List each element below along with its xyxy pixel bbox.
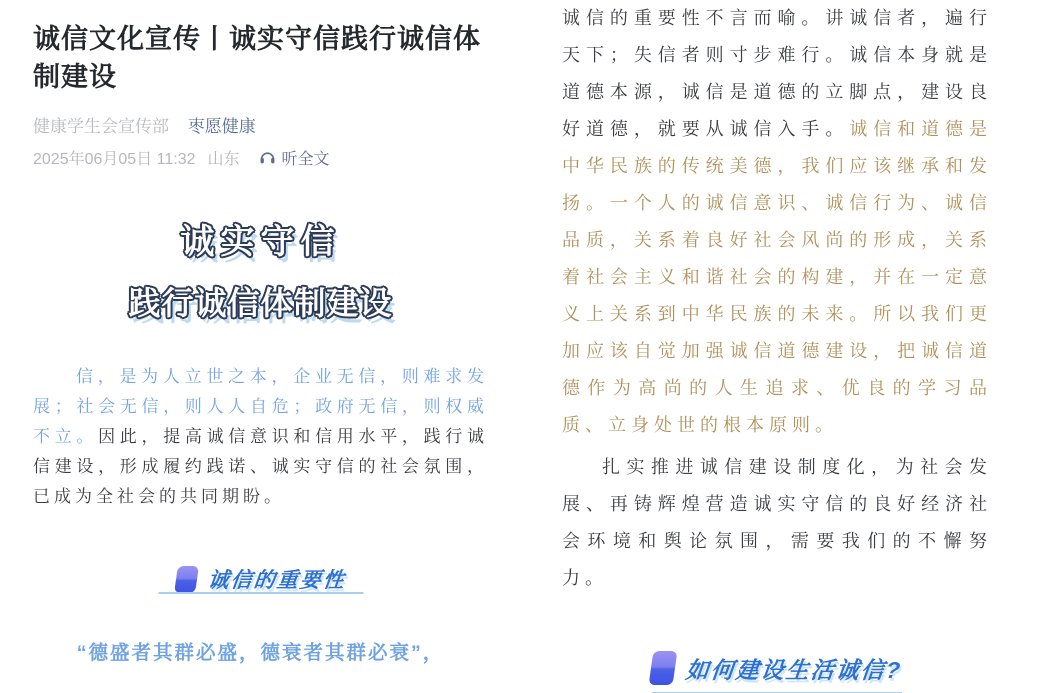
intro-paragraph: 信，是为人立世之本，企业无信，则难求发展；社会无信，则人人自危；政府无信，则权威…: [33, 362, 488, 512]
section-header-how-to-build-label: 如何建设生活诚信?: [685, 652, 905, 685]
meta-row: 2025年06月05日 11:32 山东 听全文: [33, 146, 488, 169]
listen-full-text-button[interactable]: 听全文: [258, 146, 330, 169]
section-header-importance: 诚信的重要性: [33, 563, 488, 595]
body1-highlight-text: 诚信和道德是中华民族的传统美德，我们应该继承和发扬。一个人的诚信意识、诚信行为、…: [562, 119, 992, 435]
byline-row: 健康学生会宣传部 枣愿健康: [33, 112, 488, 137]
hero-title-image: 诚实守信 践行诚信体制建设: [33, 214, 488, 324]
hero-title-line1: 诚实守信: [33, 214, 488, 263]
hero-title-line2: 践行诚信体制建设: [33, 278, 488, 324]
publish-location: 山东: [208, 146, 240, 169]
byline-account-link[interactable]: 枣愿健康: [188, 117, 256, 136]
section-header-importance-label: 诚信的重要性: [206, 564, 347, 594]
section-underline: [158, 592, 363, 594]
headphone-icon: [258, 148, 282, 167]
publish-datetime: 2025年06月05日 11:32: [33, 146, 196, 169]
article-page-left: 诚信文化宣传丨诚实守信践行诚信体制建设 健康学生会宣传部 枣愿健康 2025年0…: [33, 0, 488, 693]
section-marker-icon: [174, 566, 199, 593]
body-paragraph-1: 诚信的重要性不言而喻。讲诚信者，遍行天下；失信者则寸步难行。诚信本身就是道德本源…: [562, 0, 992, 444]
byline-department: 健康学生会宣传部: [33, 117, 169, 136]
article-title: 诚信文化宣传丨诚实守信践行诚信体制建设: [33, 20, 488, 96]
section-header-how-to-build: 如何建设生活诚信?: [562, 648, 992, 688]
body-paragraph-2: 扎实推进诚信建设制度化，为社会发展、再铸辉煌营造诚实守信的良好经济社会环境和舆论…: [562, 449, 992, 597]
section-marker-icon: [649, 651, 678, 685]
article-page-right: 诚信的重要性不言而喻。讲诚信者，遍行天下；失信者则寸步难行。诚信本身就是道德本源…: [562, 0, 992, 693]
listen-full-text-label: 听全文: [282, 146, 330, 169]
intro-normal-text: 因此，提高诚信意识和信用水平，践行诚信建设，形成履约践诺、诚实守信的社会氛围，已…: [33, 427, 488, 506]
quote-line: “德盛者其群必盛，德衰者其群必衰”，: [33, 637, 488, 665]
